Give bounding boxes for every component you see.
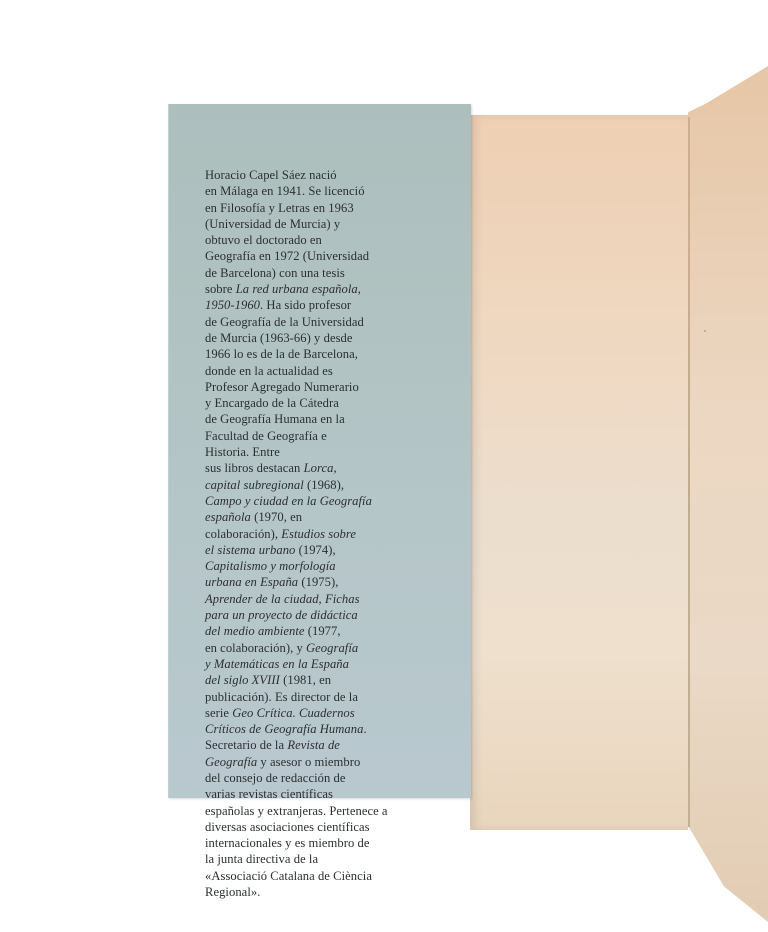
bio-text: Secretario de la <box>205 738 287 752</box>
italic-title: el sistema urbano <box>205 543 295 557</box>
italic-title: Capitalismo y morfología <box>205 559 336 573</box>
bio-text: donde en la actualidad es <box>205 364 333 378</box>
bio-text: «Associació Catalana de Ciència <box>205 869 372 883</box>
bio-text: (1970, en <box>251 510 302 524</box>
bio-text: de Murcia (1963-66) y desde <box>205 331 353 345</box>
bio-line: Regional». <box>205 884 420 900</box>
bio-text: internacionales y es miembro de <box>205 836 370 850</box>
bio-line: el sistema urbano (1974), <box>205 542 420 558</box>
paper-speck <box>704 330 706 332</box>
bio-text: la junta directiva de la <box>205 852 318 866</box>
bio-line: serie Geo Crítica. Cuadernos <box>205 705 420 721</box>
bio-line: Profesor Agregado Numerario <box>205 379 420 395</box>
bio-text: varias revistas científicas <box>205 787 333 801</box>
bio-text: obtuvo el doctorado en <box>205 233 322 247</box>
bio-text: . <box>363 722 366 736</box>
bio-text: de Barcelona) con una tesis <box>205 266 345 280</box>
bio-text: Regional». <box>205 885 260 899</box>
bio-text: (Universidad de Murcia) y <box>205 217 340 231</box>
italic-title: del siglo XVIII <box>205 673 280 687</box>
book-photo: Horacio Capel Sáez nacióen Málaga en 194… <box>0 0 768 932</box>
bio-text: sobre <box>205 282 236 296</box>
bio-line: sobre La red urbana española, <box>205 281 420 297</box>
italic-title: española <box>205 510 251 524</box>
author-biography: Horacio Capel Sáez nacióen Málaga en 194… <box>205 167 420 900</box>
bio-text: en colaboración), y <box>205 641 306 655</box>
bio-line: Secretario de la Revista de <box>205 737 420 753</box>
bio-line: españolas y extranjeras. Pertenece a <box>205 803 420 819</box>
italic-title: Lorca, <box>304 461 337 475</box>
bio-text: (1975), <box>298 575 338 589</box>
bio-line: para un proyecto de didáctica <box>205 607 420 623</box>
bio-line: Facultad de Geografía e <box>205 428 420 444</box>
bio-text: y asesor o miembro <box>257 755 360 769</box>
bio-line: diversas asociaciones científicas <box>205 819 420 835</box>
italic-title: del medio ambiente <box>205 624 305 638</box>
bio-line: Aprender de la ciudad, Fichas <box>205 591 420 607</box>
bio-line: Horacio Capel Sáez nació <box>205 167 420 183</box>
bio-text: (1977, <box>305 624 341 638</box>
italic-title: Geografía <box>306 641 358 655</box>
italic-title: La red urbana española, <box>236 282 361 296</box>
bio-text: sus libros destacan <box>205 461 304 475</box>
bio-line: y Encargado de la Cátedra <box>205 395 420 411</box>
bio-line: Geografía en 1972 (Universidad <box>205 248 420 264</box>
bio-line: obtuvo el doctorado en <box>205 232 420 248</box>
bio-line: 1966 lo es de la de Barcelona, <box>205 346 420 362</box>
bio-line: donde en la actualidad es <box>205 363 420 379</box>
bio-text: (1981, en <box>280 673 331 687</box>
bio-text: y Encargado de la Cátedra <box>205 396 339 410</box>
right-curved-page <box>688 60 768 930</box>
bio-text: colaboración), <box>205 527 281 541</box>
bio-line: del medio ambiente (1977, <box>205 623 420 639</box>
bio-line: Historia. Entre <box>205 444 420 460</box>
bio-line: Campo y ciudad en la Geografía <box>205 493 420 509</box>
bio-text: de Geografía Humana en la <box>205 412 345 426</box>
italic-title: Campo y ciudad en la Geografía <box>205 494 372 508</box>
bio-line: capital subregional (1968), <box>205 477 420 493</box>
bio-text: en Filosofía y Letras en 1963 <box>205 201 354 215</box>
italic-title: para un proyecto de didáctica <box>205 608 358 622</box>
bio-text: (1974), <box>295 543 335 557</box>
bio-line: sus libros destacan Lorca, <box>205 460 420 476</box>
bio-line: en Filosofía y Letras en 1963 <box>205 200 420 216</box>
bio-text: 1966 lo es de la de Barcelona, <box>205 347 358 361</box>
bio-line: varias revistas científicas <box>205 786 420 802</box>
bio-text: en Málaga en 1941. Se licenció <box>205 184 365 198</box>
bio-line: de Murcia (1963-66) y desde <box>205 330 420 346</box>
bio-line: la junta directiva de la <box>205 851 420 867</box>
bio-line: internacionales y es miembro de <box>205 835 420 851</box>
bio-text: Profesor Agregado Numerario <box>205 380 359 394</box>
italic-title: Aprender de la ciudad, Fichas <box>205 592 360 606</box>
bio-line: publicación). Es director de la <box>205 689 420 705</box>
bio-line: Críticos de Geografía Humana. <box>205 721 420 737</box>
bio-text: de Geografía de la Universidad <box>205 315 364 329</box>
bio-text: publicación). Es director de la <box>205 690 358 704</box>
italic-title: Geo Crítica. Cuadernos <box>232 706 355 720</box>
book-gutter <box>688 117 690 827</box>
bio-line: de Geografía de la Universidad <box>205 314 420 330</box>
bio-text: Horacio Capel Sáez nació <box>205 168 337 182</box>
bio-text: del consejo de redacción de <box>205 771 346 785</box>
italic-title: y Matemáticas en la España <box>205 657 349 671</box>
italic-title: urbana en España <box>205 575 298 589</box>
bio-line: española (1970, en <box>205 509 420 525</box>
italic-title: Críticos de Geografía Humana <box>205 722 363 736</box>
italic-title: Revista de <box>287 738 340 752</box>
italic-title: Geografía <box>205 755 257 769</box>
italic-title: 1950-1960 <box>205 298 260 312</box>
bio-text: diversas asociaciones científicas <box>205 820 370 834</box>
bio-line: del siglo XVIII (1981, en <box>205 672 420 688</box>
bio-line: en colaboración), y Geografía <box>205 640 420 656</box>
bio-line: colaboración), Estudios sobre <box>205 526 420 542</box>
bio-line: 1950-1960. Ha sido profesor <box>205 297 420 313</box>
bio-text: (1968), <box>304 478 344 492</box>
bio-text: Historia. Entre <box>205 445 280 459</box>
bio-line: (Universidad de Murcia) y <box>205 216 420 232</box>
bio-line: de Geografía Humana en la <box>205 411 420 427</box>
bio-text: . Ha sido profesor <box>260 298 351 312</box>
bio-text: Facultad de Geografía e <box>205 429 327 443</box>
italic-title: capital subregional <box>205 478 304 492</box>
bio-line: urbana en España (1975), <box>205 574 420 590</box>
bio-line: de Barcelona) con una tesis <box>205 265 420 281</box>
italic-title: Estudios sobre <box>281 527 356 541</box>
bio-text: españolas y extranjeras. Pertenece a <box>205 804 388 818</box>
bio-text: Geografía en 1972 (Universidad <box>205 249 369 263</box>
blank-endpaper <box>470 115 688 830</box>
bio-line: Geografía y asesor o miembro <box>205 754 420 770</box>
bio-line: y Matemáticas en la España <box>205 656 420 672</box>
bio-line: Capitalismo y morfología <box>205 558 420 574</box>
bio-text: serie <box>205 706 232 720</box>
bio-line: en Málaga en 1941. Se licenció <box>205 183 420 199</box>
bio-line: del consejo de redacción de <box>205 770 420 786</box>
bio-line: «Associació Catalana de Ciència <box>205 868 420 884</box>
